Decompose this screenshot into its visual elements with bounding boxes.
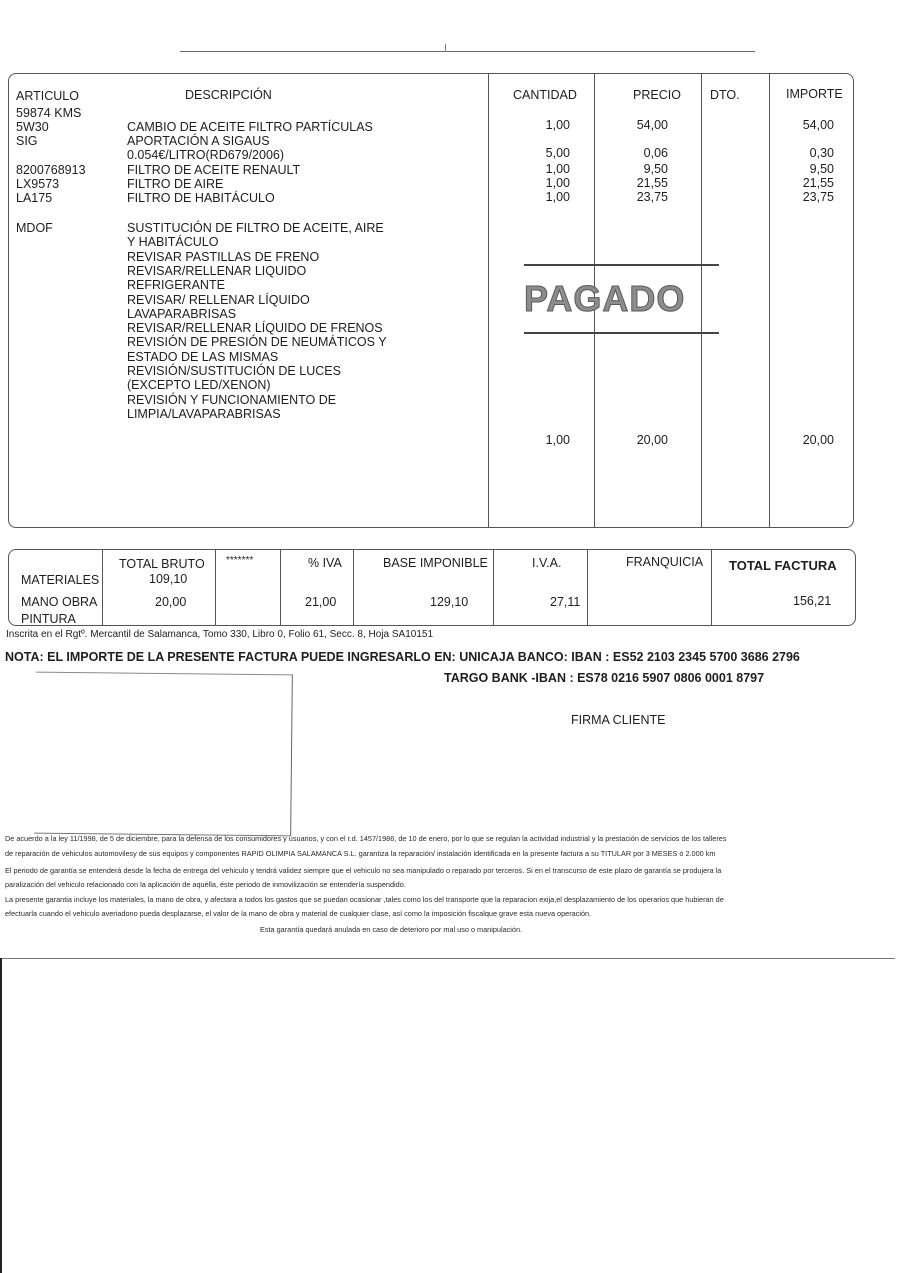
header-dto: DTO. [710,88,740,102]
legal-paragraph-line: La presente garantia incluye los materia… [5,895,724,905]
legal-paragraph-line: Esta garantía quedará anulada en caso de… [260,925,522,935]
header-rule [180,51,755,52]
payment-note: NOTA: EL IMPORTE DE LA PRESENTE FACTURA … [5,650,800,664]
column-divider [493,549,494,626]
line-descripcion: REVISIÓN DE PRESIÓN DE NEUMÁTICOS Y [127,335,387,349]
stamp-rule [524,332,719,334]
row-label-materiales: MATERIALES [21,573,99,587]
header-franquicia: FRANQUICIA [626,555,703,569]
line-descripcion: Y HABITÁCULO [127,235,218,249]
legal-paragraph-line: efectuarla cuando el vehiculo averiadono… [5,909,591,919]
legal-paragraph-line: paralización del vehiculo relacionado co… [5,880,406,890]
header-base-imponible: BASE IMPONIBLE [383,556,488,570]
header-precio: PRECIO [633,88,681,102]
line-precio: 21,55 [598,176,668,190]
base-imponible-value: 129,10 [430,595,468,609]
line-descripcion: FILTRO DE ACEITE RENAULT [127,163,300,177]
header-total-bruto: TOTAL BRUTO [119,557,205,571]
line-descripcion: 0.054€/LITRO(RD679/2006) [127,148,284,162]
legal-paragraph-line: El periodo de garantía se entenderá desd… [5,866,721,876]
iva-value: 27,11 [550,595,580,609]
column-divider [587,549,588,626]
column-divider [488,73,489,528]
line-precio: 0,06 [598,146,668,160]
line-descripcion: FILTRO DE HABITÁCULO [127,191,275,205]
line-articulo: 8200768913 [16,163,86,177]
paid-stamp: PAGADO [524,278,724,320]
line-descripcion: ESTADO DE LAS MISMAS [127,350,278,364]
line-descripcion: SUSTITUCIÓN DE FILTRO DE ACEITE, AIRE [127,221,384,235]
total-factura-value: 156,21 [793,594,831,608]
line-descripcion: CAMBIO DE ACEITE FILTRO PARTÍCULAS [127,120,373,134]
line-descripcion: REFRIGERANTE [127,278,225,292]
column-divider [102,549,103,626]
column-divider [280,549,281,626]
payment-alt-iban: TARGO BANK -IBAN : ES78 0216 5907 0806 0… [444,671,764,685]
line-descripcion: REVISAR/RELLENAR LIQUIDO [127,264,306,278]
line-descripcion: LAVAPARABRISAS [127,307,236,321]
line-cantidad: 1,00 [500,162,570,176]
line-importe: 0,30 [760,146,834,160]
line-importe: 20,00 [760,433,834,447]
header-cantidad: CANTIDAD [513,88,577,102]
legal-paragraph-line: de reparación de vehiculos automovilesy … [5,849,715,859]
line-descripcion: FILTRO DE AIRE [127,177,223,191]
line-importe: 21,55 [760,176,834,190]
pct-iva-value: 21,00 [305,595,336,609]
header-articulo: ARTICULO [16,89,79,103]
page-edge [0,958,2,1273]
line-descripcion: REVISAR/ RELLENAR LÍQUIDO [127,293,310,307]
line-articulo: SIG [16,134,38,148]
line-articulo: 5W30 [16,120,49,134]
materiales-bruto: 109,10 [149,572,187,586]
header-masked: ******* [226,554,253,568]
mileage: 59874 KMS [16,106,81,120]
line-precio: 9,50 [598,162,668,176]
signature-label: FIRMA CLIENTE [571,713,665,727]
stamp-rule [524,264,719,266]
line-precio: 20,00 [598,433,668,447]
line-importe: 23,75 [760,190,834,204]
header-total-factura: TOTAL FACTURA [729,559,837,573]
line-cantidad: 1,00 [500,176,570,190]
line-articulo: MDOF [16,221,53,235]
line-descripcion: REVISAR PASTILLAS DE FRENO [127,250,319,264]
line-cantidad: 1,00 [500,433,570,447]
column-divider [215,549,216,626]
line-cantidad: 5,00 [500,146,570,160]
column-divider [353,549,354,626]
line-importe: 54,00 [760,118,834,132]
line-cantidad: 1,00 [500,118,570,132]
page-fold-line [0,958,895,959]
column-divider [711,549,712,626]
line-descripcion: APORTACIÓN A SIGAUS [127,134,270,148]
mano-obra-bruto: 20,00 [155,595,186,609]
line-importe: 9,50 [760,162,834,176]
line-descripcion: REVISAR/RELLENAR LÍQUIDO DE FRENOS [127,321,383,335]
line-descripcion: LIMPIA/LAVAPARABRISAS [127,407,281,421]
line-cantidad: 1,00 [500,190,570,204]
line-precio: 54,00 [598,118,668,132]
header-importe: IMPORTE [786,87,843,101]
line-precio: 23,75 [598,190,668,204]
line-articulo: LX9573 [16,177,59,191]
row-label-mano-obra: MANO OBRA [21,595,97,609]
row-label-pintura: PINTURA [21,612,76,626]
line-descripcion: REVISIÓN Y FUNCIONAMIENTO DE [127,393,336,407]
header-tick [445,44,446,52]
line-descripcion: REVISIÓN/SUSTITUCIÓN DE LUCES [127,364,341,378]
line-descripcion: (EXCEPTO LED/XENON) [127,378,271,392]
line-articulo: LA175 [16,191,52,205]
header-iva: I.V.A. [532,556,561,570]
column-divider [769,73,770,528]
header-descripcion: DESCRIPCIÓN [185,88,272,102]
registry-info: Inscrita en el Rgtº. Mercantil de Salama… [6,628,433,642]
company-stamp [34,672,293,837]
header-pct-iva: % IVA [308,556,342,570]
legal-paragraph-line: De acuerdo a la ley 11/1998, de 5 de dic… [5,834,726,844]
